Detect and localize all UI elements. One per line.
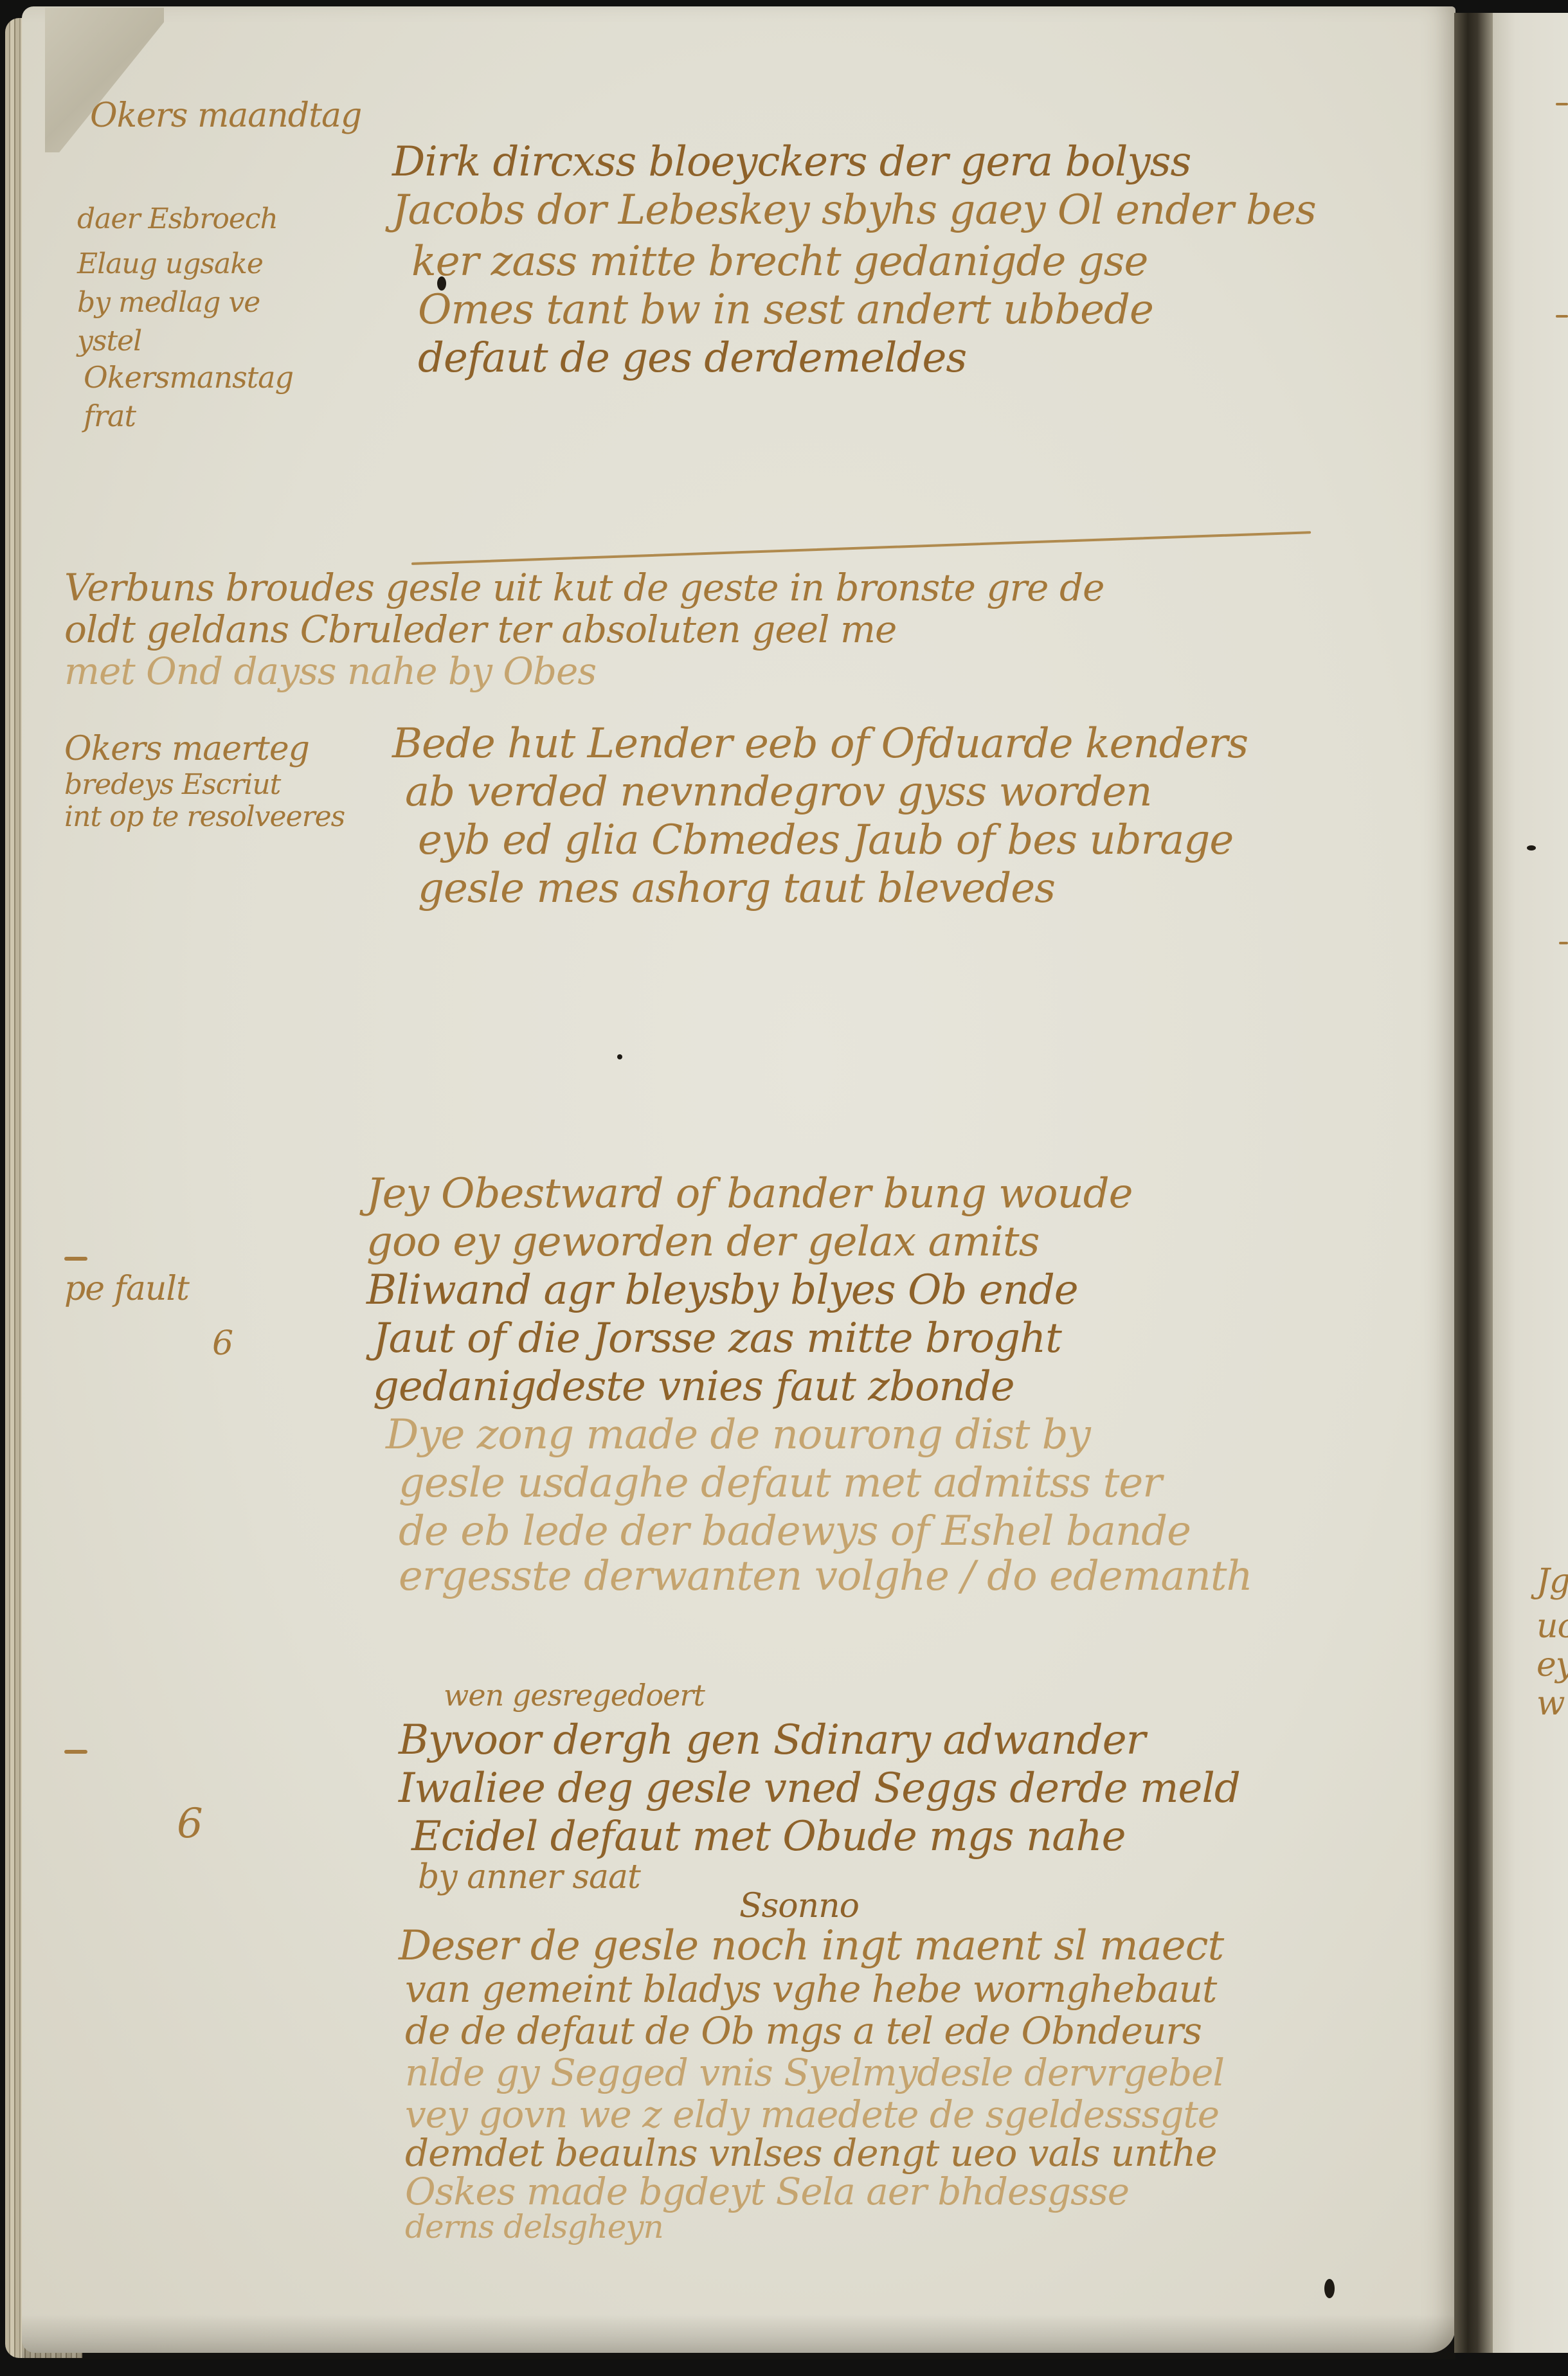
text-line: defaut de ges derdemeldes	[418, 334, 966, 382]
text-line: Dirk dircxss bloeyckers der gera bolyss	[392, 138, 1191, 186]
text-line: Ecidel defaut met Obude mgs nahe	[411, 1813, 1125, 1860]
text-line: Jacobs dor Lebeskey sbyhs gaey Ol ender …	[392, 186, 1316, 234]
adjacent-mark	[1556, 103, 1568, 105]
margin-dash	[64, 1257, 87, 1261]
page-bottom-shadow	[22, 2314, 1455, 2359]
margin-note: 6	[212, 1324, 233, 1363]
margin-note: ystel	[77, 325, 141, 357]
text-line: eyb ed glia Cbmedes Jaub of bes ubrage	[418, 816, 1233, 864]
faint-text-line: gesle usdaghe defaut met admitss ter	[399, 1459, 1162, 1507]
text-line: Omes tant bw in sest andert ubbede	[418, 286, 1153, 334]
text-line: Iwaliee deg gesle vned Seggs derde meld	[399, 1765, 1240, 1812]
text-line: wen gesregedoert	[444, 1678, 705, 1713]
adjacent-fragment: ey	[1536, 1646, 1568, 1684]
text-line: met Ond dayss nahe by Obes	[64, 649, 596, 693]
margin-note: frat	[84, 399, 136, 433]
text-line: vey govn we z eldy maedete de sgeldesssg…	[405, 2092, 1219, 2136]
text-line: ab verded nevnndegrov gyss worden	[405, 768, 1152, 816]
margin-note: pe fault	[64, 1270, 189, 1308]
margin-note: by medlag ve	[77, 286, 260, 319]
text-line: nlde gy Segged vnis Syelmydesle dervrgeb…	[405, 2051, 1224, 2094]
text-line: ker zass mitte brecht gedanigde gse	[411, 238, 1148, 285]
text-line: Jey Obestward of bander bung woude	[366, 1170, 1133, 1218]
margin-note: Elaug ugsake	[77, 248, 263, 280]
text-line: demdet beaulns vnlses dengt ueo vals unt…	[405, 2131, 1217, 2175]
text-line: Oskes made bgdeyt Sela aer bhdesgsse	[405, 2170, 1129, 2213]
text-line: de de defaut de Ob mgs a tel ede Obndeur…	[405, 2009, 1202, 2053]
text-line: Deser de gesle noch ingt maent sl maect	[399, 1922, 1223, 1970]
text-line: Bliwand agr bleysby blyes Ob ende	[366, 1266, 1078, 1314]
ink-blot	[1527, 845, 1536, 851]
margin-note: daer Esbroech	[77, 203, 278, 235]
text-line: oldt geldans Cbruleder ter absoluten gee…	[64, 607, 896, 651]
text-line: Verbuns broudes gesle uit kut de geste i…	[64, 566, 1104, 609]
adjacent-mark	[1559, 942, 1568, 944]
text-line: Bede hut Lender eeb of Ofduarde kenders	[392, 720, 1248, 768]
ink-blot	[1324, 2279, 1335, 2298]
text-line: van gemeint bladys vghe hebe wornghebaut	[405, 1967, 1216, 2011]
margin-dash	[64, 1750, 87, 1754]
faint-text-line: Dye zong made de nourong dist by	[386, 1411, 1090, 1459]
text-line: derns delsgheyn	[405, 2208, 663, 2245]
margin-note: int op te resolveeres	[64, 800, 345, 833]
text-line: by anner saat	[418, 1858, 640, 1896]
text-line: goo ey geworden der gelax amits	[366, 1218, 1039, 1266]
adjacent-fragment: w	[1536, 1684, 1565, 1723]
faint-text-line: ergesste derwanten volghe / do edemanth	[399, 1553, 1252, 1600]
text-line: Jaut of die Jorsse zas mitte broght	[373, 1315, 1061, 1362]
margin-note: Okers maandtag	[90, 96, 361, 135]
adjacent-fragment: Jg	[1536, 1562, 1568, 1601]
margin-note: bredeys Escriut	[64, 768, 280, 801]
adjacent-page	[1493, 13, 1568, 2353]
text-line: gedanigdeste vnies faut zbonde	[373, 1363, 1014, 1410]
text-line: Byvoor dergh gen Sdinary adwander	[399, 1716, 1145, 1764]
margin-note: 6	[177, 1800, 203, 1848]
faint-text-line: de eb lede der badewys of Eshel bande	[399, 1507, 1191, 1555]
adjacent-mark	[1556, 315, 1568, 318]
ink-blot	[437, 276, 446, 291]
ink-blot	[617, 1054, 622, 1059]
text-line: Ssonno	[739, 1887, 859, 1925]
text-line: gesle mes ashorg taut blevedes	[418, 865, 1055, 912]
adjacent-fragment: uo	[1536, 1607, 1568, 1646]
margin-note: Okersmanstag	[84, 360, 293, 395]
margin-note: Okers maerteg	[64, 730, 309, 768]
book-gutter	[1454, 13, 1493, 2353]
